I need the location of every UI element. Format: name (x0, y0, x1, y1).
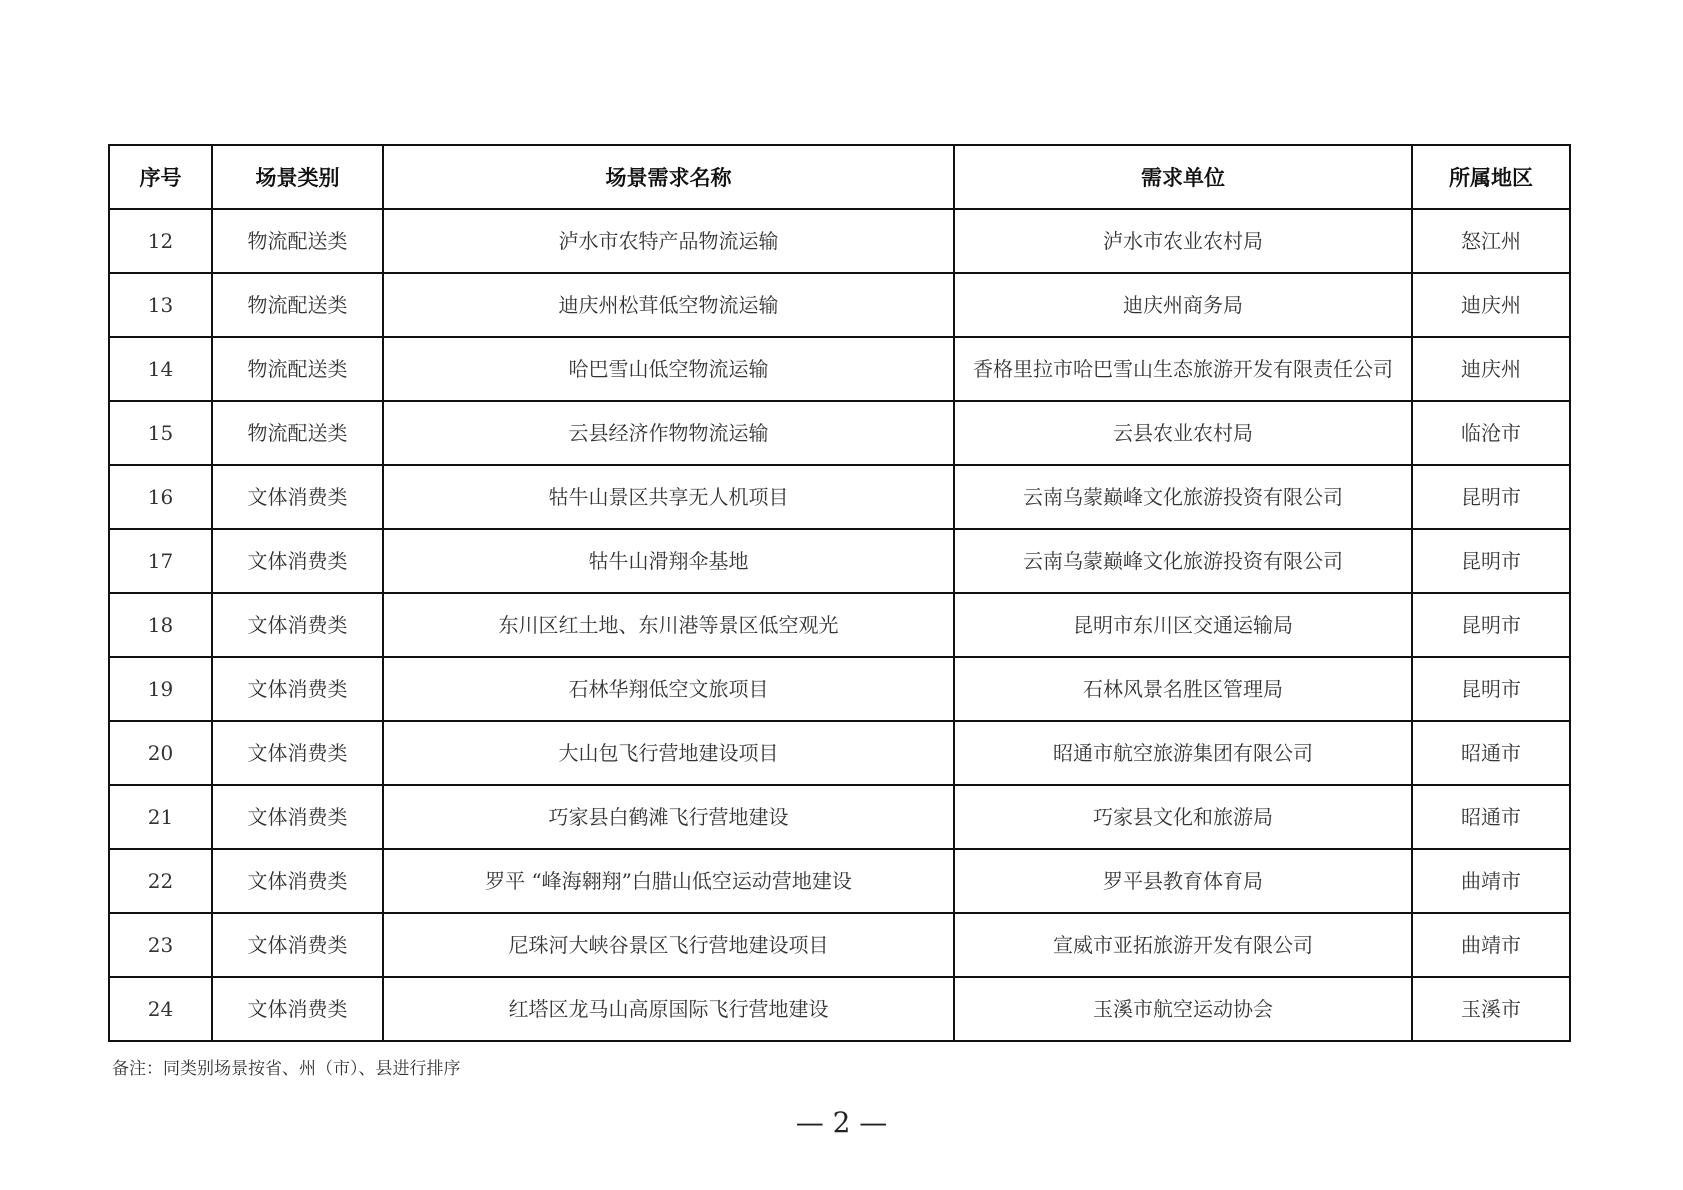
cell-category: 文体消费类 (212, 529, 383, 593)
cell-name: 东川区红土地、东川港等景区低空观光 (383, 593, 954, 657)
cell-no: 15 (109, 401, 212, 465)
cell-region: 昆明市 (1412, 465, 1570, 529)
cell-unit: 罗平县教育体育局 (954, 849, 1412, 913)
cell-unit: 石林风景名胜区管理局 (954, 657, 1412, 721)
cell-category: 文体消费类 (212, 657, 383, 721)
cell-region: 昆明市 (1412, 593, 1570, 657)
page-number: — 2 — (0, 1106, 1683, 1139)
cell-unit: 玉溪市航空运动协会 (954, 977, 1412, 1041)
cell-region: 昭通市 (1412, 785, 1570, 849)
header-name: 场景需求名称 (383, 145, 954, 209)
cell-region: 怒江州 (1412, 209, 1570, 273)
table-row: 14物流配送类哈巴雪山低空物流运输香格里拉市哈巴雪山生态旅游开发有限责任公司迪庆… (109, 337, 1570, 401)
cell-unit: 宣威市亚拓旅游开发有限公司 (954, 913, 1412, 977)
cell-unit: 昭通市航空旅游集团有限公司 (954, 721, 1412, 785)
cell-category: 文体消费类 (212, 977, 383, 1041)
cell-category: 物流配送类 (212, 401, 383, 465)
table-row: 12物流配送类泸水市农特产品物流运输泸水市农业农村局怒江州 (109, 209, 1570, 273)
cell-region: 玉溪市 (1412, 977, 1570, 1041)
table-header-row: 序号 场景类别 场景需求名称 需求单位 所属地区 (109, 145, 1570, 209)
cell-unit: 云县农业农村局 (954, 401, 1412, 465)
cell-name: 罗平 “峰海翱翔”白腊山低空运动营地建设 (383, 849, 954, 913)
cell-unit: 昆明市东川区交通运输局 (954, 593, 1412, 657)
table-row: 18文体消费类东川区红土地、东川港等景区低空观光昆明市东川区交通运输局昆明市 (109, 593, 1570, 657)
cell-region: 昆明市 (1412, 657, 1570, 721)
header-category: 场景类别 (212, 145, 383, 209)
cell-region: 迪庆州 (1412, 273, 1570, 337)
table-row: 22文体消费类罗平 “峰海翱翔”白腊山低空运动营地建设罗平县教育体育局曲靖市 (109, 849, 1570, 913)
cell-no: 23 (109, 913, 212, 977)
cell-category: 文体消费类 (212, 913, 383, 977)
cell-region: 曲靖市 (1412, 849, 1570, 913)
cell-category: 文体消费类 (212, 465, 383, 529)
cell-name: 大山包飞行营地建设项目 (383, 721, 954, 785)
table-row: 21文体消费类巧家县白鹤滩飞行营地建设巧家县文化和旅游局昭通市 (109, 785, 1570, 849)
cell-name: 红塔区龙马山高原国际飞行营地建设 (383, 977, 954, 1041)
cell-no: 22 (109, 849, 212, 913)
cell-unit: 香格里拉市哈巴雪山生态旅游开发有限责任公司 (954, 337, 1412, 401)
cell-no: 19 (109, 657, 212, 721)
cell-no: 13 (109, 273, 212, 337)
cell-unit: 巧家县文化和旅游局 (954, 785, 1412, 849)
cell-region: 迪庆州 (1412, 337, 1570, 401)
cell-region: 昭通市 (1412, 721, 1570, 785)
cell-no: 12 (109, 209, 212, 273)
table-row: 20文体消费类大山包飞行营地建设项目昭通市航空旅游集团有限公司昭通市 (109, 721, 1570, 785)
cell-name: 哈巴雪山低空物流运输 (383, 337, 954, 401)
header-no: 序号 (109, 145, 212, 209)
cell-region: 曲靖市 (1412, 913, 1570, 977)
footnote: 备注：同类别场景按省、州（市）、县进行排序 (112, 1054, 461, 1079)
table-row: 19文体消费类石林华翔低空文旅项目石林风景名胜区管理局昆明市 (109, 657, 1570, 721)
table-row: 16文体消费类牯牛山景区共享无人机项目云南乌蒙巅峰文化旅游投资有限公司昆明市 (109, 465, 1570, 529)
cell-category: 物流配送类 (212, 337, 383, 401)
cell-no: 24 (109, 977, 212, 1041)
cell-unit: 迪庆州商务局 (954, 273, 1412, 337)
cell-name: 石林华翔低空文旅项目 (383, 657, 954, 721)
cell-category: 文体消费类 (212, 593, 383, 657)
cell-name: 牯牛山景区共享无人机项目 (383, 465, 954, 529)
table-row: 15物流配送类云县经济作物物流运输云县农业农村局临沧市 (109, 401, 1570, 465)
cell-unit: 泸水市农业农村局 (954, 209, 1412, 273)
cell-no: 14 (109, 337, 212, 401)
cell-name: 泸水市农特产品物流运输 (383, 209, 954, 273)
cell-name: 牯牛山滑翔伞基地 (383, 529, 954, 593)
cell-region: 临沧市 (1412, 401, 1570, 465)
cell-no: 20 (109, 721, 212, 785)
cell-no: 16 (109, 465, 212, 529)
table-row: 23文体消费类尼珠河大峡谷景区飞行营地建设项目宣威市亚拓旅游开发有限公司曲靖市 (109, 913, 1570, 977)
cell-name: 迪庆州松茸低空物流运输 (383, 273, 954, 337)
cell-no: 21 (109, 785, 212, 849)
cell-no: 17 (109, 529, 212, 593)
scenario-table-container: 序号 场景类别 场景需求名称 需求单位 所属地区 12物流配送类泸水市农特产品物… (108, 144, 1569, 1042)
cell-category: 文体消费类 (212, 721, 383, 785)
cell-category: 文体消费类 (212, 785, 383, 849)
cell-category: 物流配送类 (212, 273, 383, 337)
scenario-table: 序号 场景类别 场景需求名称 需求单位 所属地区 12物流配送类泸水市农特产品物… (108, 144, 1571, 1042)
header-region: 所属地区 (1412, 145, 1570, 209)
cell-category: 物流配送类 (212, 209, 383, 273)
table-row: 13物流配送类迪庆州松茸低空物流运输迪庆州商务局迪庆州 (109, 273, 1570, 337)
header-unit: 需求单位 (954, 145, 1412, 209)
cell-category: 文体消费类 (212, 849, 383, 913)
cell-name: 云县经济作物物流运输 (383, 401, 954, 465)
cell-name: 巧家县白鹤滩飞行营地建设 (383, 785, 954, 849)
table-row: 24文体消费类红塔区龙马山高原国际飞行营地建设玉溪市航空运动协会玉溪市 (109, 977, 1570, 1041)
cell-name: 尼珠河大峡谷景区飞行营地建设项目 (383, 913, 954, 977)
cell-no: 18 (109, 593, 212, 657)
cell-region: 昆明市 (1412, 529, 1570, 593)
cell-unit: 云南乌蒙巅峰文化旅游投资有限公司 (954, 465, 1412, 529)
cell-unit: 云南乌蒙巅峰文化旅游投资有限公司 (954, 529, 1412, 593)
table-row: 17文体消费类牯牛山滑翔伞基地云南乌蒙巅峰文化旅游投资有限公司昆明市 (109, 529, 1570, 593)
